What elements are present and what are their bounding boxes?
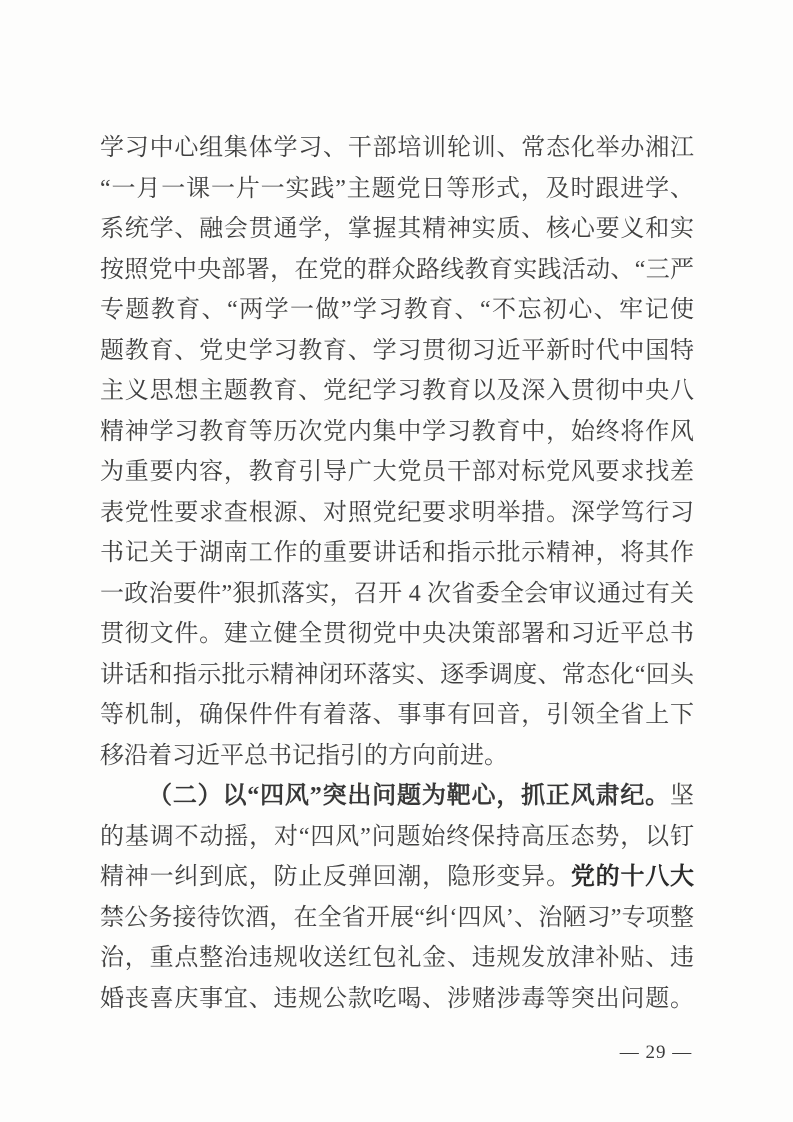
text-line: 为重要内容，教育引导广大党员干部对标党风要求找差距、对 — [100, 452, 694, 493]
text-line: 精神一纠到底，防止反弹回潮，隐形变异。党的十八大后，严 — [100, 857, 694, 898]
text-line: 治，重点整治违规收送红包礼金、违规发放津补贴、违规操办 — [100, 938, 694, 979]
text-line: 贯彻文件。建立健全贯彻党中央决策部署和习近平总书记重要 — [100, 614, 694, 655]
body-text: 系统学、融会贯通学，掌握其精神实质、核心要义和实践要求。 — [100, 216, 694, 250]
text-line: 精神学习教育等历次党内集中学习教育中，始终将作风建设作 — [100, 412, 694, 453]
body-text: 讲话和指示批示精神闭环落实、逐季调度、常态化“回头看” — [100, 662, 694, 696]
text-line: 主义思想主题教育、党纪学习教育以及深入贯彻中央八项规定 — [100, 371, 694, 412]
body-text: 移沿着习近平总书记指引的方向前进。 — [100, 743, 508, 769]
body-text: 表党性要求查根源、对照党纪要求明举措。深学笃行习近平总 — [100, 500, 694, 534]
text-line: 禁公务接待饮酒，在全省开展“纠‘四风’、治陋习”专项整 — [100, 898, 694, 939]
text-line: 移沿着习近平总书记指引的方向前进。 — [100, 736, 694, 777]
body-text: 的基调不动摇，对“四风”问题始终保持高压态势，以钉钉子 — [100, 824, 694, 858]
body-text: 为重要内容，教育引导广大党员干部对标党风要求找差距、对 — [100, 459, 694, 493]
document-page: 学习中心组集体学习、干部培训轮训、常态化举办湘江大讲堂、“一月一课一片一实践”主… — [0, 0, 793, 1122]
text-line: （二）以“四风”突出问题为靶心，抓正风肃纪。坚持严 — [100, 776, 694, 817]
text-line: “一月一课一片一实践”主题党日等形式，及时跟进学、全面 — [100, 169, 694, 210]
body-text: 书记关于湖南工作的重要讲话和指示批示精神，将其作为“第 — [100, 540, 694, 574]
section-heading-text: （二）以“四风”突出问题为靶心，抓正风肃纪。 — [148, 783, 670, 809]
body-text: 贯彻文件。建立健全贯彻党中央决策部署和习近平总书记重要 — [100, 621, 694, 655]
text-line: 学习中心组集体学习、干部培训轮训、常态化举办湘江大讲堂、 — [100, 128, 694, 169]
text-line: 专题教育、“两学一做”学习教育、“不忘初心、牢记使命”主 — [100, 290, 694, 331]
body-text: 精神一纠到底，防止反弹回潮，隐形变异。 — [100, 864, 571, 890]
body-text: 禁公务接待饮酒，在全省开展“纠‘四风’、治陋习”专项整 — [100, 905, 694, 931]
body-text: “一月一课一片一实践”主题党日等形式，及时跟进学、全面 — [100, 176, 694, 210]
text-line: 的基调不动摇，对“四风”问题始终保持高压态势，以钉钉子 — [100, 817, 694, 858]
body-text: 主义思想主题教育、党纪学习教育以及深入贯彻中央八项规定 — [100, 378, 694, 412]
page-number: — 29 — — [596, 1040, 716, 1066]
body-text: 等机制，确保件件有着落、事事有回音，引领全省上下坚定不 — [100, 702, 694, 736]
body-text: 专题教育、“两学一做”学习教育、“不忘初心、牢记使命”主 — [100, 297, 694, 331]
body-text: 一政治要件”狠抓落实，召开 4 次省委全会审议通过有关学习 — [100, 581, 694, 615]
text-line: 讲话和指示批示精神闭环落实、逐季调度、常态化“回头看” — [100, 655, 694, 696]
text-line: 等机制，确保件件有着落、事事有回音，引领全省上下坚定不 — [100, 695, 694, 736]
body-text: 题教育、党史学习教育、学习贯彻习近平新时代中国特色社会 — [100, 338, 694, 372]
body-text: 精神学习教育等历次党内集中学习教育中，始终将作风建设作 — [100, 419, 694, 453]
body-text: 按照党中央部署，在党的群众路线教育实践活动、“三严三实” — [100, 257, 694, 291]
text-line: 按照党中央部署，在党的群众路线教育实践活动、“三严三实” — [100, 250, 694, 291]
text-line: 题教育、党史学习教育、学习贯彻习近平新时代中国特色社会 — [100, 331, 694, 372]
text-line: 表党性要求查根源、对照党纪要求明举措。深学笃行习近平总 — [100, 493, 694, 534]
text-line: 一政治要件”狠抓落实，召开 4 次省委全会审议通过有关学习 — [100, 574, 694, 615]
text-line: 系统学、融会贯通学，掌握其精神实质、核心要义和实践要求。 — [100, 209, 694, 250]
body-text: 婚丧喜庆事宜、违规公款吃喝、涉赌涉毒等突出问题。 — [100, 986, 694, 1012]
text-line: 婚丧喜庆事宜、违规公款吃喝、涉赌涉毒等突出问题。党的十 — [100, 979, 694, 1020]
text-block: 学习中心组集体学习、干部培训轮训、常态化举办湘江大讲堂、“一月一课一片一实践”主… — [100, 128, 694, 1019]
body-text: 学习中心组集体学习、干部培训轮训、常态化举办湘江大讲堂、 — [100, 135, 694, 169]
body-text: 治，重点整治违规收送红包礼金、违规发放津补贴、违规操办 — [100, 945, 694, 979]
text-line: 书记关于湖南工作的重要讲话和指示批示精神，将其作为“第 — [100, 533, 694, 574]
